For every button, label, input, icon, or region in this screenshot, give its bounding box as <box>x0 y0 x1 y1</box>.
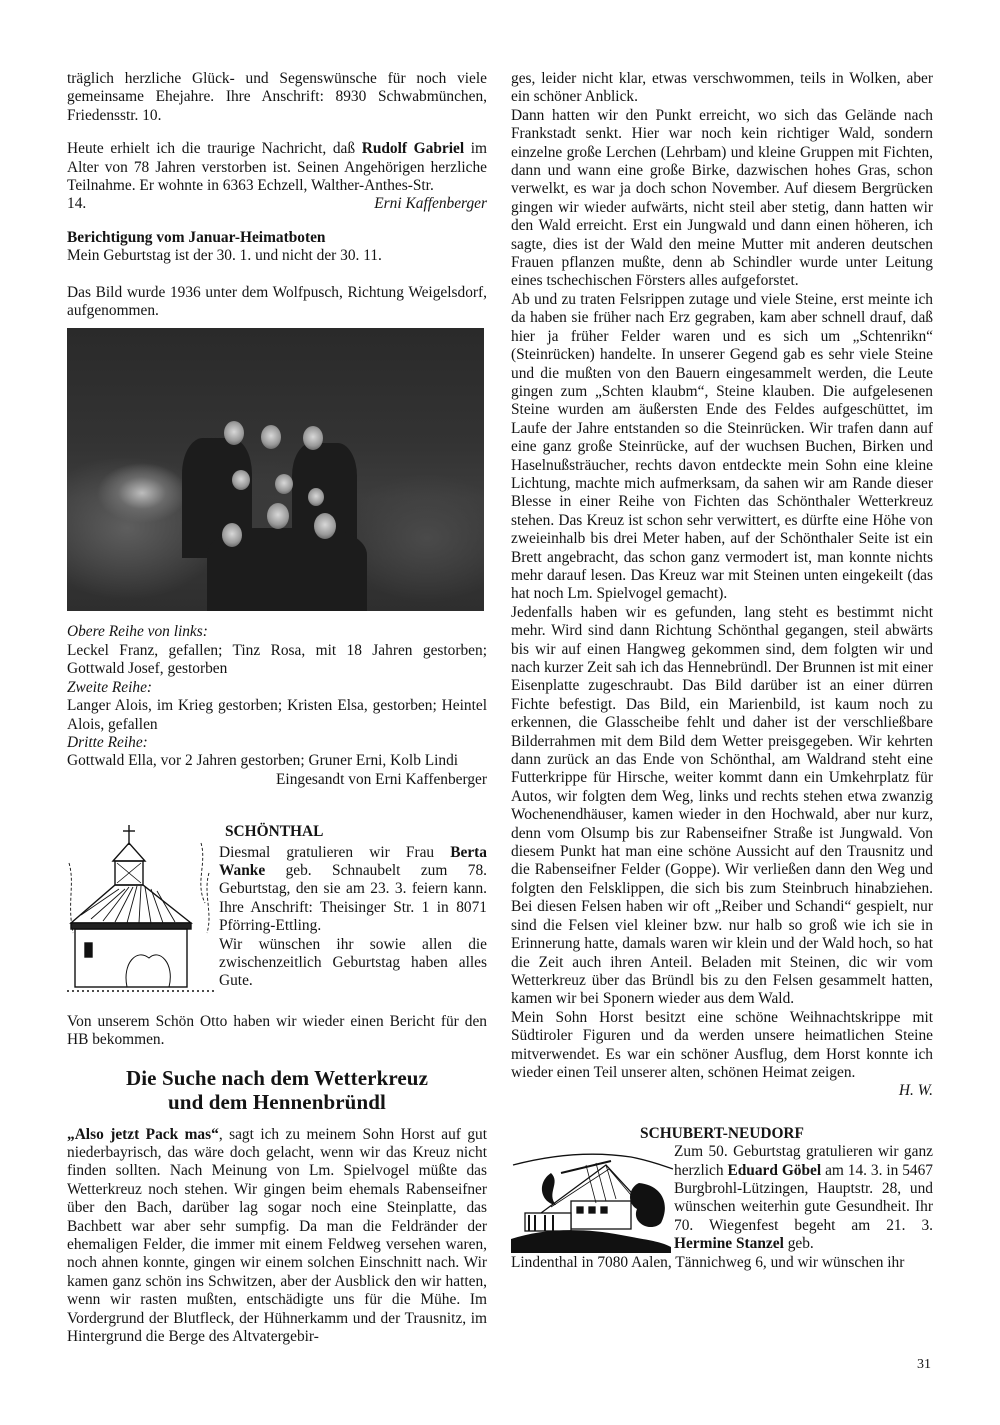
celebrant-name: Hermine Stanzel <box>674 1235 784 1252</box>
schubert-neudorf-section: SCHUBERT-NEUDORF Zum 50. <box>511 1125 933 1272</box>
article-continued: ges, leider nicht klar, etwas verschwomm… <box>511 70 933 107</box>
photo-face <box>267 503 289 529</box>
article-headline: Die Suche nach dem Wetterkreuz und dem H… <box>67 1066 487 1114</box>
schubert-continued: Lindenthal in 7080 Aalen, Tännichweg 6, … <box>511 1254 933 1272</box>
photo-face <box>275 474 293 494</box>
deceased-name: Rudolf Gabriel <box>362 140 464 157</box>
schoenthal-wish: Wir wünschen ihr sowie allen die zwische… <box>219 936 487 991</box>
article-signature: H. W. <box>511 1082 933 1100</box>
article-body-start: „Also jetzt Pack mas“, sagt ich zu meine… <box>67 1126 487 1347</box>
article-paragraph: Jedenfalls haben wir es gefunden, lang s… <box>511 604 933 1009</box>
schoenthal-birthday: Diesmal gratulieren wir Frau Berta Wanke… <box>219 844 487 936</box>
caption-row2-label: Zweite Reihe: <box>67 679 487 697</box>
caption-row1-text: Leckel Franz, gefallen; Tinz Rosa, mit 1… <box>67 642 487 679</box>
congratulation-paragraph: träglich herzliche Glück- und Segenswüns… <box>67 70 487 125</box>
correction-title: Berichtigung vom Januar-Heimatboten <box>67 229 487 247</box>
photo-face <box>261 425 281 449</box>
correction-text: Mein Geburtstag ist der 30. 1. und nicht… <box>67 247 487 265</box>
celebrant-name: Eduard Göbel <box>727 1162 821 1179</box>
section-title-schoenthal: SCHÖNTHAL <box>225 823 487 841</box>
caption-sender: Eingesandt von Erni Kaffenberger <box>67 771 487 789</box>
caption-row2-text: Langer Alois, im Krieg gestorben; Kriste… <box>67 697 487 734</box>
caption-row3-label: Dritte Reihe: <box>67 734 487 752</box>
schoenthal-text: SCHÖNTHAL Diesmal gratulieren wir Frau B… <box>219 823 487 991</box>
obituary-signature-row: 14. Erni Kaffenberger <box>67 195 487 213</box>
obituary-paragraph: Heute erhielt ich die traurige Nachricht… <box>67 140 487 195</box>
schoenthal-section: SCHÖNTHAL Diesmal gratulieren wir Frau B… <box>67 823 487 991</box>
schubert-neudorf-text: Zum 50. Geburtstag gratulieren wir ganz … <box>674 1143 933 1253</box>
photo-intro: Das Bild wurde 1936 unter dem Wolfpusch,… <box>67 284 487 321</box>
caption-row1-label: Obere Reihe von links: <box>67 623 487 641</box>
caption-row3-text: Gottwald Ella, vor 2 Jahren gestorben; G… <box>67 752 487 770</box>
chapel-illustration-icon <box>67 823 217 995</box>
schubert-birthdays: Zum 50. Geburtstag gratulieren wir ganz … <box>674 1143 933 1253</box>
left-column: träglich herzliche Glück- und Segenswüns… <box>67 70 487 1346</box>
article-paragraph: Ab und zu traten Felsrippen zutage und v… <box>511 291 933 604</box>
article-paragraph: Mein Sohn Horst besitzt eine schöne Weih… <box>511 1009 933 1083</box>
right-column: ges, leider nicht klar, etwas verschwomm… <box>511 70 933 1272</box>
group-photo <box>67 328 484 611</box>
author-signature: Erni Kaffenberger <box>374 195 487 213</box>
article-paragraph: Dann hatten wir den Punkt erreicht, wo s… <box>511 107 933 291</box>
farmhouse-illustration-icon <box>511 1143 674 1253</box>
report-intro: Von unserem Schön Otto haben wir wieder … <box>67 1013 487 1050</box>
page-number: 31 <box>917 1357 931 1373</box>
section-title-schubert-neudorf: SCHUBERT-NEUDORF <box>511 1125 933 1143</box>
